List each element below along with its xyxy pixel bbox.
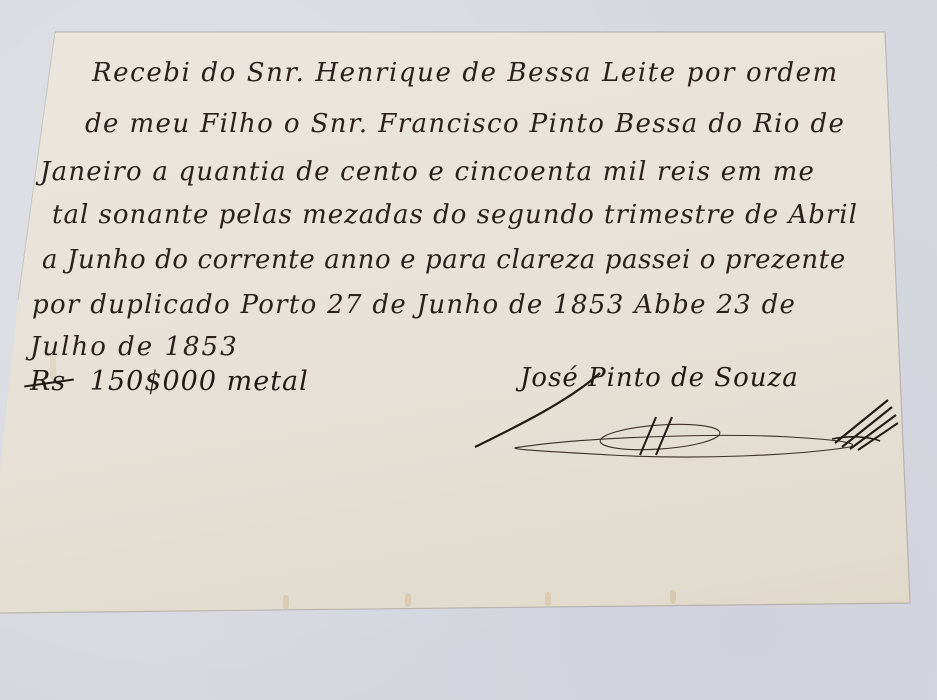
receipt-line-6: por duplicado Porto 27 de Junho de 1853 … (32, 290, 796, 320)
signature-block: José Pinto de Souza (460, 355, 900, 475)
reis-currency-symbol: Rs (30, 366, 66, 397)
receipt-body: Recebi do Snr. Henrique de Bessa Leite p… (0, 0, 937, 700)
receipt-line-5: a Junho do corrente anno e para clareza … (42, 245, 846, 275)
receipt-line-2: de meu Filho o Snr. Francisco Pinto Bess… (85, 109, 845, 139)
receipt-line-3: Janeiro a quantia de cento e cincoenta m… (40, 157, 815, 187)
amount-value: 150$000 metal (90, 366, 309, 397)
receipt-line-4: tal sonante pelas mezadas do segundo tri… (52, 200, 858, 230)
amount-line: Rs 150$000 metal (30, 366, 309, 397)
signature-name: José Pinto de Souza (520, 363, 799, 393)
receipt-line-1: Recebi do Snr. Henrique de Bessa Leite p… (92, 58, 839, 88)
receipt-line-7: Julho de 1853 (30, 332, 239, 362)
